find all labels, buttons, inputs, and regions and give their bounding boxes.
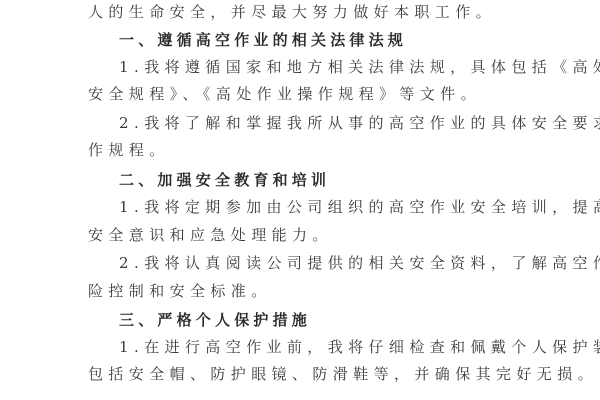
paragraph-line: 险控制和安全标准。 <box>88 281 272 301</box>
paragraph-line: 2.我将了解和掌握我所从事的高空作业的具体安全要求和操 <box>119 113 600 133</box>
paragraph-line: 包括安全帽、防护眼镜、防滑鞋等，并确保其完好无损。 <box>88 364 598 384</box>
paragraph-line: 人的生命安全，并尽最大努力做好本职工作。 <box>88 2 496 22</box>
paragraph-line: 1.我将遵循国家和地方相关法律法规，具体包括《高处作业 <box>119 57 600 77</box>
section-heading-2: 二、加强安全教育和培训 <box>119 170 330 190</box>
paragraph-line: 2.我将认真阅读公司提供的相关安全资料，了解高空作业风 <box>119 253 600 273</box>
paragraph-line: 作规程。 <box>88 140 170 160</box>
paragraph-line: 安全意识和应急处理能力。 <box>88 225 333 245</box>
paragraph-line: 安全规程》、《高处作业操作规程》等文件。 <box>88 84 481 104</box>
paragraph-line: 1.我将定期参加由公司组织的高空作业安全培训，提高我的 <box>119 197 600 217</box>
section-heading-1: 一、遵循高空作业的相关法律法规 <box>119 30 407 50</box>
paragraph-line: 1.在进行高空作业前，我将仔细检查和佩戴个人保护装备， <box>119 337 600 357</box>
section-heading-3: 三、严格个人保护措施 <box>119 310 311 330</box>
